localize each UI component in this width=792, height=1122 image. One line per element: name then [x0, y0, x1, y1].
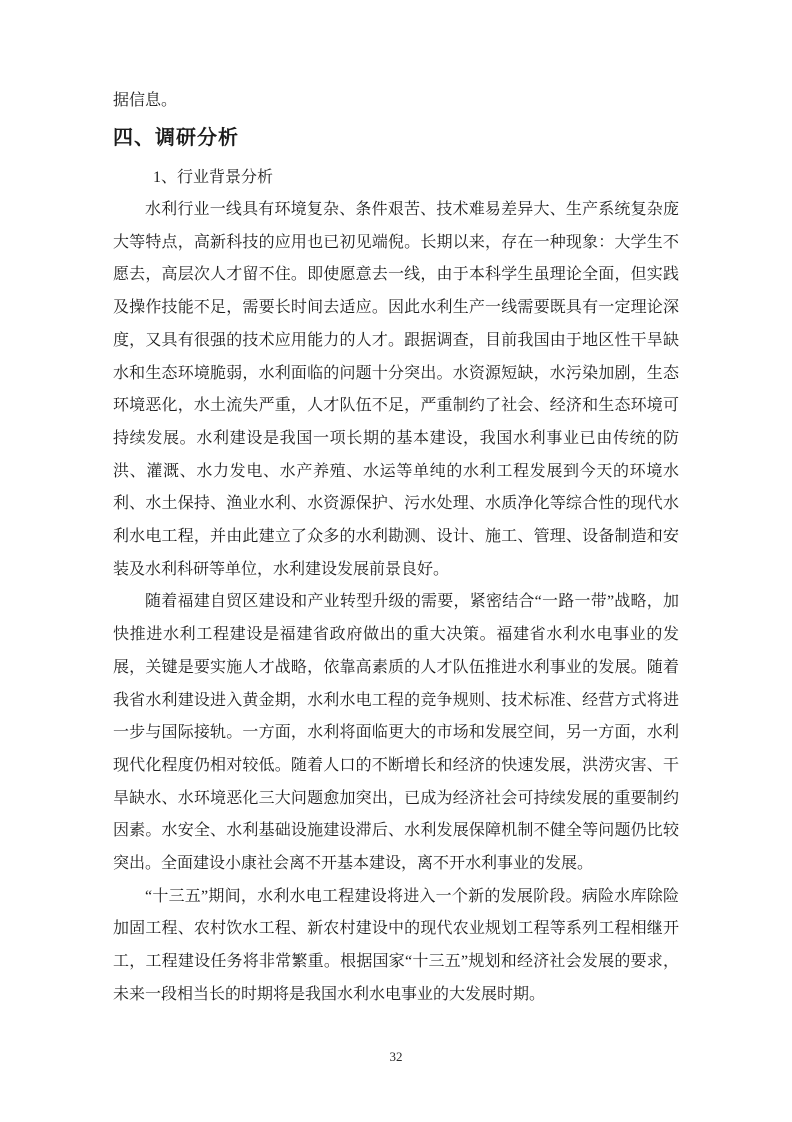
page-number: 32 [0, 1048, 792, 1066]
paragraph-13th-five-year-plan: “十三五”期间，水利水电工程建设将进入一个新的发展阶段。病险水库除险加固工程、农… [113, 881, 679, 1012]
paragraph-fujian-development: 随着福建自贸区建设和产业转型升级的需要，紧密结合“一路一带”战略，加快推进水利工… [113, 586, 679, 880]
paragraph-fragment: 据信息。 [113, 84, 679, 117]
subsection-heading: 1、行业背景分析 [113, 161, 679, 194]
document-content: 据信息。 四、调研分析 1、行业背景分析 水利行业一线具有环境复杂、条件艰苦、技… [113, 84, 679, 1012]
section-heading: 四、调研分析 [113, 123, 679, 153]
body-paragraphs: 水利行业一线具有环境复杂、条件艰苦、技术难易差异大、生产系统复杂庞大等特点，高新… [113, 194, 679, 1012]
document-page: 据信息。 四、调研分析 1、行业背景分析 水利行业一线具有环境复杂、条件艰苦、技… [0, 0, 792, 1122]
paragraph-industry-background: 水利行业一线具有环境复杂、条件艰苦、技术难易差异大、生产系统复杂庞大等特点，高新… [113, 194, 679, 586]
